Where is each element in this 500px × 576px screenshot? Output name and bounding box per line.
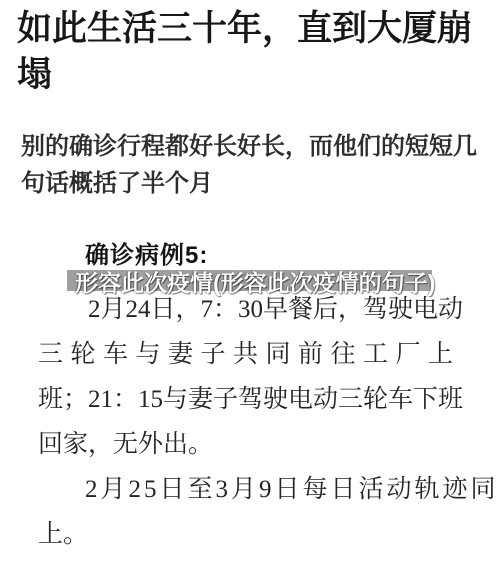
- case-body: 2月24日，7：30早餐后，驾驶电动三轮车与妻子共同前往工厂上班；21：15与妻…: [38, 287, 467, 557]
- body-line: 上。: [38, 512, 467, 557]
- body-line: 班；21：15与妻子驾驶电动三轮车下班: [38, 377, 467, 422]
- body-line: 回家，无外出。: [38, 422, 467, 467]
- body-line: 2月24日，7：30早餐后，驾驶电动: [38, 287, 467, 332]
- case-heading: 确诊病例5:: [38, 242, 467, 270]
- body-line: 三轮车与妻子共同前往工厂上: [38, 332, 467, 377]
- title-line: 如此生活三十年，直到大厦崩: [17, 6, 484, 52]
- body-line: 2月25日至3月9日每日活动轨迹同: [38, 467, 467, 512]
- article-title: 如此生活三十年，直到大厦崩塌: [0, 0, 500, 98]
- subtitle-line: 别的确诊行程都好长好长，而他们的短短几: [21, 128, 482, 165]
- article-subtitle: 别的确诊行程都好长好长，而他们的短短几句话概括了半个月: [0, 128, 500, 202]
- case-report: 确诊病例5: 形容此次疫情(形容此次疫情的句子) 2月24日，7：30早餐后，驾…: [0, 242, 500, 557]
- title-line: 塌: [17, 52, 484, 98]
- subtitle-line: 句话概括了半个月: [21, 165, 482, 202]
